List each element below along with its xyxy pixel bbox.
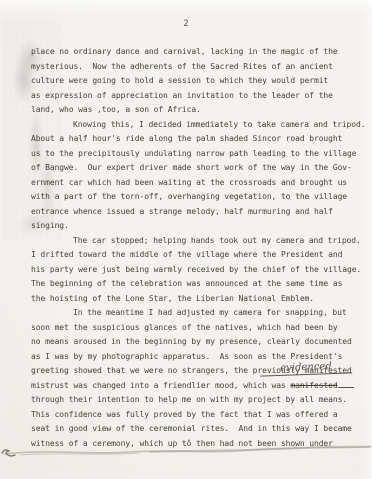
text-line: us to the precipitously undulating narro…	[31, 147, 367, 162]
text-line: ernment car which had been waiting at th…	[31, 176, 367, 191]
document-page: 2 place no ordinary dance and carnival, …	[0, 0, 372, 479]
text-line: through their intention to help me on wi…	[31, 393, 367, 408]
pen-squiggle-mark	[0, 444, 22, 460]
text-line: no means aroused in the beginning by my …	[31, 335, 367, 350]
page-number: 2	[0, 19, 372, 29]
text-line: Knowing this, I decided immediately to t…	[31, 118, 367, 133]
text-line: In the meantime I had adjusted my camera…	[31, 306, 367, 321]
text-line: entrance whence issued a strange melody,…	[31, 205, 367, 220]
text-run: mistrust was changed into a friendlier m…	[31, 381, 290, 390]
handwritten-word: evidenced	[280, 361, 332, 374]
text-line: place no ordinary dance and carnival, la…	[31, 45, 367, 60]
page-body: place no ordinary dance and carnival, la…	[31, 45, 367, 451]
text-line: The beginning of the celebration was ann…	[31, 277, 367, 292]
text-line: culture were going to hold a session to …	[31, 74, 367, 89]
text-line: About a half hour's ride along the palm …	[31, 132, 367, 147]
text-line: land, who was ,too, a son of Africa.	[31, 103, 367, 118]
strike-tail-line	[338, 380, 354, 388]
text-line: soon met the suspicious glances of the n…	[31, 321, 367, 336]
text-line: This confidence was fully proved by the …	[31, 408, 367, 423]
text-line: with a part of the torn-off, overhanging…	[31, 190, 367, 205]
fold-crease	[0, 438, 372, 464]
text-line: mistrust was changed into a friendlier m…	[31, 379, 367, 394]
text-line: I drifted toward the middle of the villa…	[31, 248, 367, 263]
text-line: singing.	[31, 219, 367, 234]
text-line: as expression of appreciation an invitat…	[31, 89, 367, 104]
text-line: mysterious. Now the adherents of the Sac…	[31, 60, 367, 75]
text-line: of Bangwe. Our expert driver made short …	[31, 161, 367, 176]
text-line: seat in good view of the ceremonial rite…	[31, 422, 367, 437]
text-line: his party were just being warmly receive…	[31, 263, 367, 278]
struck-word: manifested	[290, 381, 337, 390]
text-line: The car stopped; helping hands took out …	[31, 234, 367, 249]
text-line: the hoisting of the Lone Star, the Liber…	[31, 292, 367, 307]
